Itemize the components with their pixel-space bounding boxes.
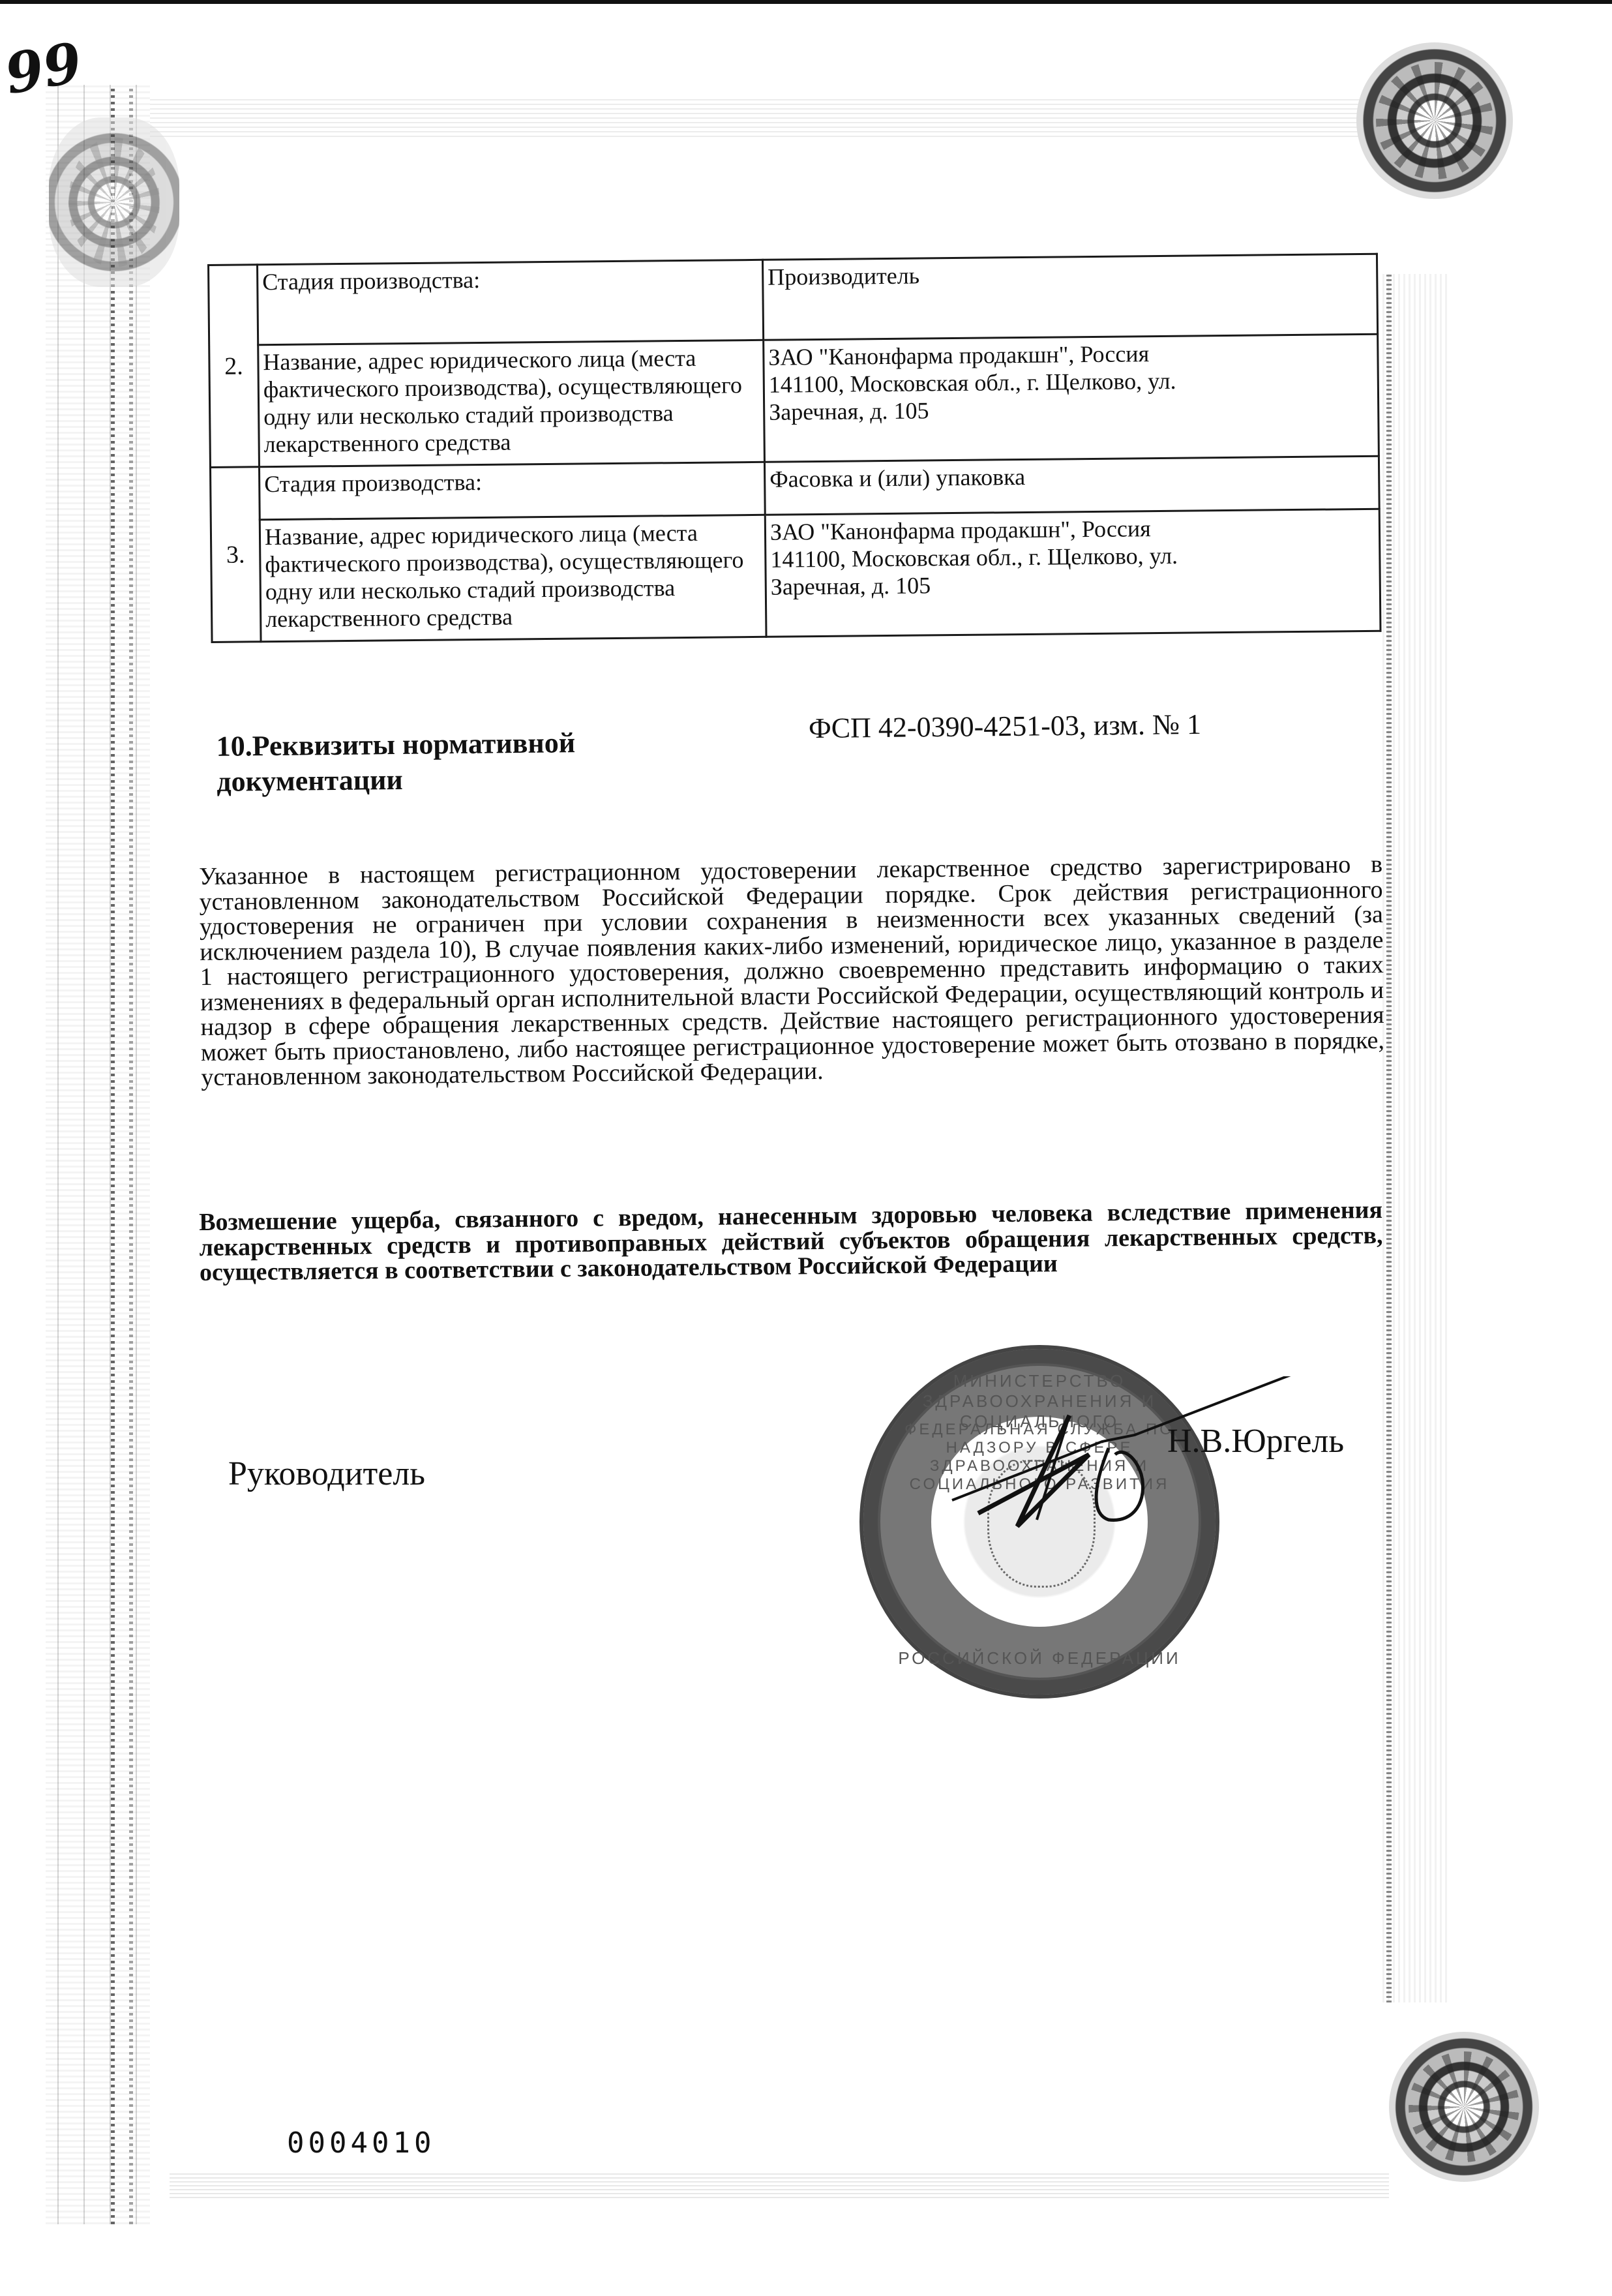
handwritten-page-number: 99 (0, 30, 86, 107)
table-row: Название, адрес юридического лица (места… (211, 509, 1381, 642)
stage-value: Фасовка и (или) упаковка (764, 456, 1379, 515)
address-line: Заречная, д. 105 (771, 567, 1375, 601)
row-number: 2. (209, 265, 260, 468)
stamp-text: РОССИЙСКОЙ ФЕДЕРАЦИИ (863, 1648, 1216, 1669)
normative-document-reference: ФСП 42-0390-4251-03, изм. № 1 (809, 708, 1201, 745)
top-guilloche-border (150, 98, 1376, 137)
heading-line: 10.Реквизиты нормативной (216, 725, 575, 764)
corner-rosette-icon (1356, 42, 1513, 199)
left-guilloche-border (46, 85, 150, 2224)
border-rail (1386, 274, 1392, 2002)
section-10-heading: 10.Реквизиты нормативной документации (216, 725, 576, 800)
heading-line: документации (216, 761, 576, 800)
table-row: Название, адрес юридического лица (места… (209, 334, 1379, 467)
production-stages-table: 2. Стадия производства: Производитель На… (207, 253, 1381, 643)
signer-title: Руководитель (228, 1455, 425, 1493)
corner-rosette-icon (1389, 2032, 1539, 2182)
entity-value: ЗАО "Канонфарма продакшн", Россия 141100… (764, 334, 1379, 462)
entity-label: Название, адрес юридического лица (места… (260, 515, 766, 641)
address-line: Заречная, д. 105 (769, 393, 1373, 426)
entity-label: Название, адрес юридического лица (места… (258, 340, 765, 466)
official-stamp: МИНИСТЕРСТВО ЗДРАВООХРАНЕНИЯ И СОЦИАЛЬНО… (859, 1345, 1219, 1699)
serial-number: 0004010 (287, 2126, 435, 2160)
bottom-guilloche-border (170, 2172, 1389, 2198)
corner-rosette-icon (49, 117, 179, 287)
compensation-paragraph: Возмешение ущерба, связанного с вредом, … (199, 1198, 1383, 1286)
entity-value: ЗАО "Канонфарма продакшн", Россия 141100… (765, 509, 1381, 637)
stage-value: Производитель (762, 254, 1377, 340)
coat-of-arms-icon (987, 1460, 1096, 1588)
row-number: 3. (210, 467, 261, 642)
signer-name: Н.В.Юргель (1167, 1422, 1344, 1460)
table-row: 2. Стадия производства: Производитель (209, 254, 1378, 345)
border-rail (129, 85, 133, 2224)
stage-label: Стадия производства: (259, 462, 765, 519)
right-guilloche-border (1382, 274, 1448, 2002)
validity-paragraph: Указанное в настоящем регистрационном уд… (199, 852, 1385, 1090)
scan-edge (0, 0, 1612, 4)
border-rail (111, 85, 115, 2224)
stage-label: Стадия производства: (258, 260, 764, 344)
